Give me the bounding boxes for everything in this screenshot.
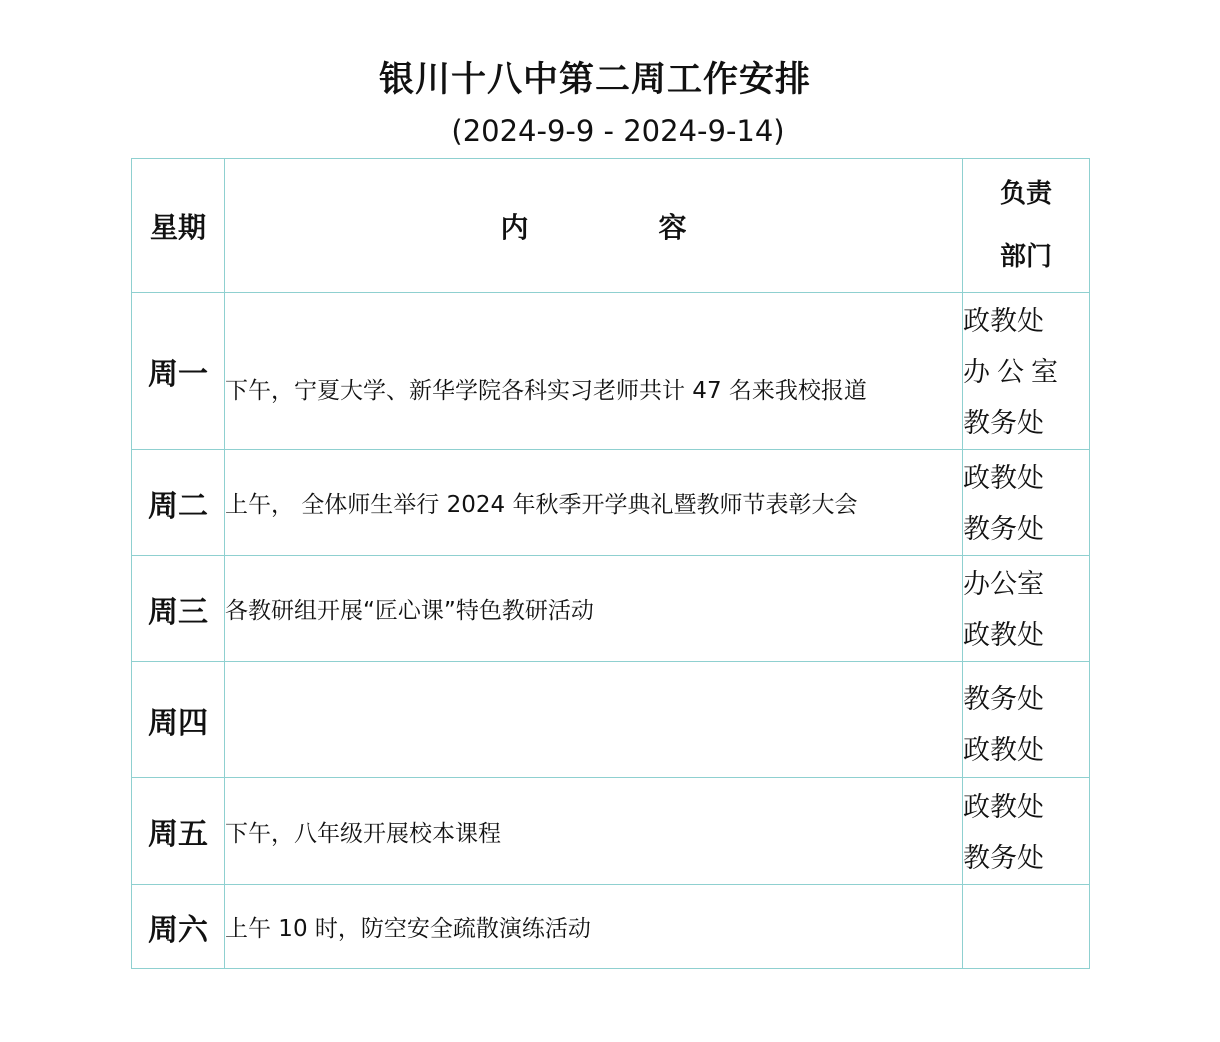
header-department: 负责 部门 bbox=[963, 159, 1090, 293]
content-cell: 下午，八年级开展校本课程 bbox=[225, 778, 963, 885]
department-cell: 教务处 政教处 bbox=[963, 662, 1090, 778]
content-cell bbox=[225, 662, 963, 778]
department-item: 政教处 bbox=[963, 725, 1089, 776]
content-cell: 各教研组开展“匠心课”特色教研活动 bbox=[225, 556, 963, 662]
content-cell: 上午， 全体师生举行 2024 年秋季开学典礼暨教师节表彰大会 bbox=[225, 450, 963, 556]
day-cell: 周五 bbox=[132, 778, 225, 885]
department-item: 教务处 bbox=[963, 398, 1089, 449]
department-item: 教务处 bbox=[963, 504, 1089, 555]
day-cell: 周四 bbox=[132, 662, 225, 778]
department-cell bbox=[963, 885, 1090, 969]
content-cell: 上午 10 时，防空安全疏散演练活动 bbox=[225, 885, 963, 969]
department-item: 办公室 bbox=[963, 559, 1089, 610]
department-cell: 政教处 办公室 教务处 bbox=[963, 293, 1090, 450]
department-cell: 政教处 教务处 bbox=[963, 778, 1090, 885]
day-cell: 周二 bbox=[132, 450, 225, 556]
schedule-table: 星期 内容 负责 部门 周一 下午，宁夏大学、新华学院各科实习老师共计 47 名… bbox=[131, 158, 1090, 969]
header-content: 内容 bbox=[225, 159, 963, 293]
content-cell: 下午，宁夏大学、新华学院各科实习老师共计 47 名来我校报道 bbox=[225, 293, 963, 450]
table-row-wednesday: 周三 各教研组开展“匠心课”特色教研活动 办公室 政教处 bbox=[132, 556, 1090, 662]
day-cell: 周一 bbox=[132, 293, 225, 450]
header-content-left: 内 bbox=[500, 211, 528, 244]
table-header-row: 星期 内容 负责 部门 bbox=[132, 159, 1090, 293]
header-day: 星期 bbox=[132, 159, 225, 293]
table-row-tuesday: 周二 上午， 全体师生举行 2024 年秋季开学典礼暨教师节表彰大会 政教处 教… bbox=[132, 450, 1090, 556]
department-cell: 办公室 政教处 bbox=[963, 556, 1090, 662]
day-cell: 周三 bbox=[132, 556, 225, 662]
department-item: 办公室 bbox=[963, 347, 1089, 398]
table-row-friday: 周五 下午，八年级开展校本课程 政教处 教务处 bbox=[132, 778, 1090, 885]
department-item: 政教处 bbox=[963, 782, 1089, 833]
header-dept-line2: 部门 bbox=[963, 226, 1089, 289]
table-row-saturday: 周六 上午 10 时，防空安全疏散演练活动 bbox=[132, 885, 1090, 969]
department-item: 教务处 bbox=[963, 833, 1089, 884]
department-item: 政教处 bbox=[963, 610, 1089, 661]
department-cell: 政教处 教务处 bbox=[963, 450, 1090, 556]
document-title: 银川十八中第二周工作安排 bbox=[0, 52, 1190, 102]
header-dept-line1: 负责 bbox=[963, 163, 1089, 226]
table-row-thursday: 周四 教务处 政教处 bbox=[132, 662, 1090, 778]
day-cell: 周六 bbox=[132, 885, 225, 969]
department-item: 政教处 bbox=[963, 453, 1089, 504]
table-row-monday: 周一 下午，宁夏大学、新华学院各科实习老师共计 47 名来我校报道 政教处 办公… bbox=[132, 293, 1090, 450]
department-item: 教务处 bbox=[963, 674, 1089, 725]
date-range: (2024-9-9 - 2024-9-14) bbox=[0, 114, 1220, 148]
department-item: 政教处 bbox=[963, 296, 1089, 347]
header-content-right: 容 bbox=[659, 211, 687, 244]
